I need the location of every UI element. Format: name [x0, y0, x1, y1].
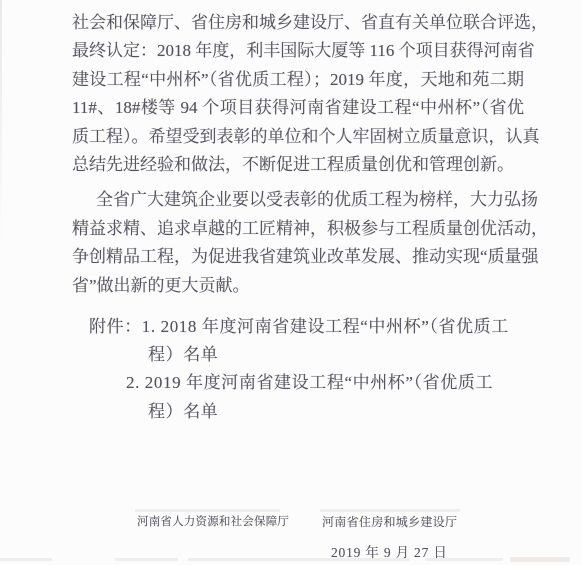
document-page: 社会和保障厅、省住房和城乡建设厅、省直有关单位联合评选， 最终认定：2018 年… [0, 0, 582, 565]
scan-edge-left [0, 0, 2, 250]
body-line: 11#、18#楼等 94 个项目获得河南省建设工程“中州杯”（省优 [72, 94, 524, 122]
attachment-list: 附件：1. 2018 年度河南省建设工程“中州杯”（省优质工 程）名单 2. 2… [0, 313, 582, 426]
scan-artifact [0, 558, 52, 561]
body-line: 精益求精、追求卓越的工匠精神，积极参与工程质量创优活动， [72, 215, 524, 243]
body-line: 社会和保障厅、省住房和城乡建设厅、省直有关单位联合评选， [72, 9, 524, 37]
body-line: 质工程）。希望受到表彰的单位和个人牢固树立质量意识，认真 [72, 123, 524, 151]
scan-artifact [115, 558, 178, 561]
scan-artifact [510, 557, 570, 562]
attachment-line: 程）名单 [148, 341, 582, 369]
body-text: 社会和保障厅、省住房和城乡建设厅、省直有关单位联合评选， 最终认定：2018 年… [72, 9, 524, 300]
attachment-line: 2. 2019 年度河南省建设工程“中州杯”（省优质工 [126, 369, 582, 397]
body-line: 争创精品工程，为促进我省建筑业改革发展、推动实现“质量强 [72, 243, 524, 271]
attachment-line: 附件：1. 2018 年度河南省建设工程“中州杯”（省优质工 [89, 313, 582, 341]
scan-artifact [135, 509, 280, 512]
body-line: 建设工程“中州杯”（省优质工程）；2019 年度，天地和苑二期 [72, 66, 524, 94]
body-line: 省”做出新的更大贡献。 [72, 272, 524, 300]
body-line: 最终认定：2018 年度，利丰国际大厦等 116 个项目获得河南省 [72, 37, 524, 65]
signature-left-agency: 河南省人力资源和社会保障厅 [137, 513, 289, 529]
body-line: 全省广大建筑企业要以受表彰的优质工程为榜样，大力弘扬 [72, 186, 524, 214]
attachment-line: 程）名单 [148, 398, 582, 426]
body-line: 总结先进经验和做法，不断促进工程质量创优和管理创新。 [72, 151, 524, 179]
scan-artifact [320, 509, 460, 512]
signature-right-agency: 河南省住房和城乡建设厅 [322, 513, 457, 530]
signature-date: 2019 年 9 月 27 日 [331, 541, 448, 561]
